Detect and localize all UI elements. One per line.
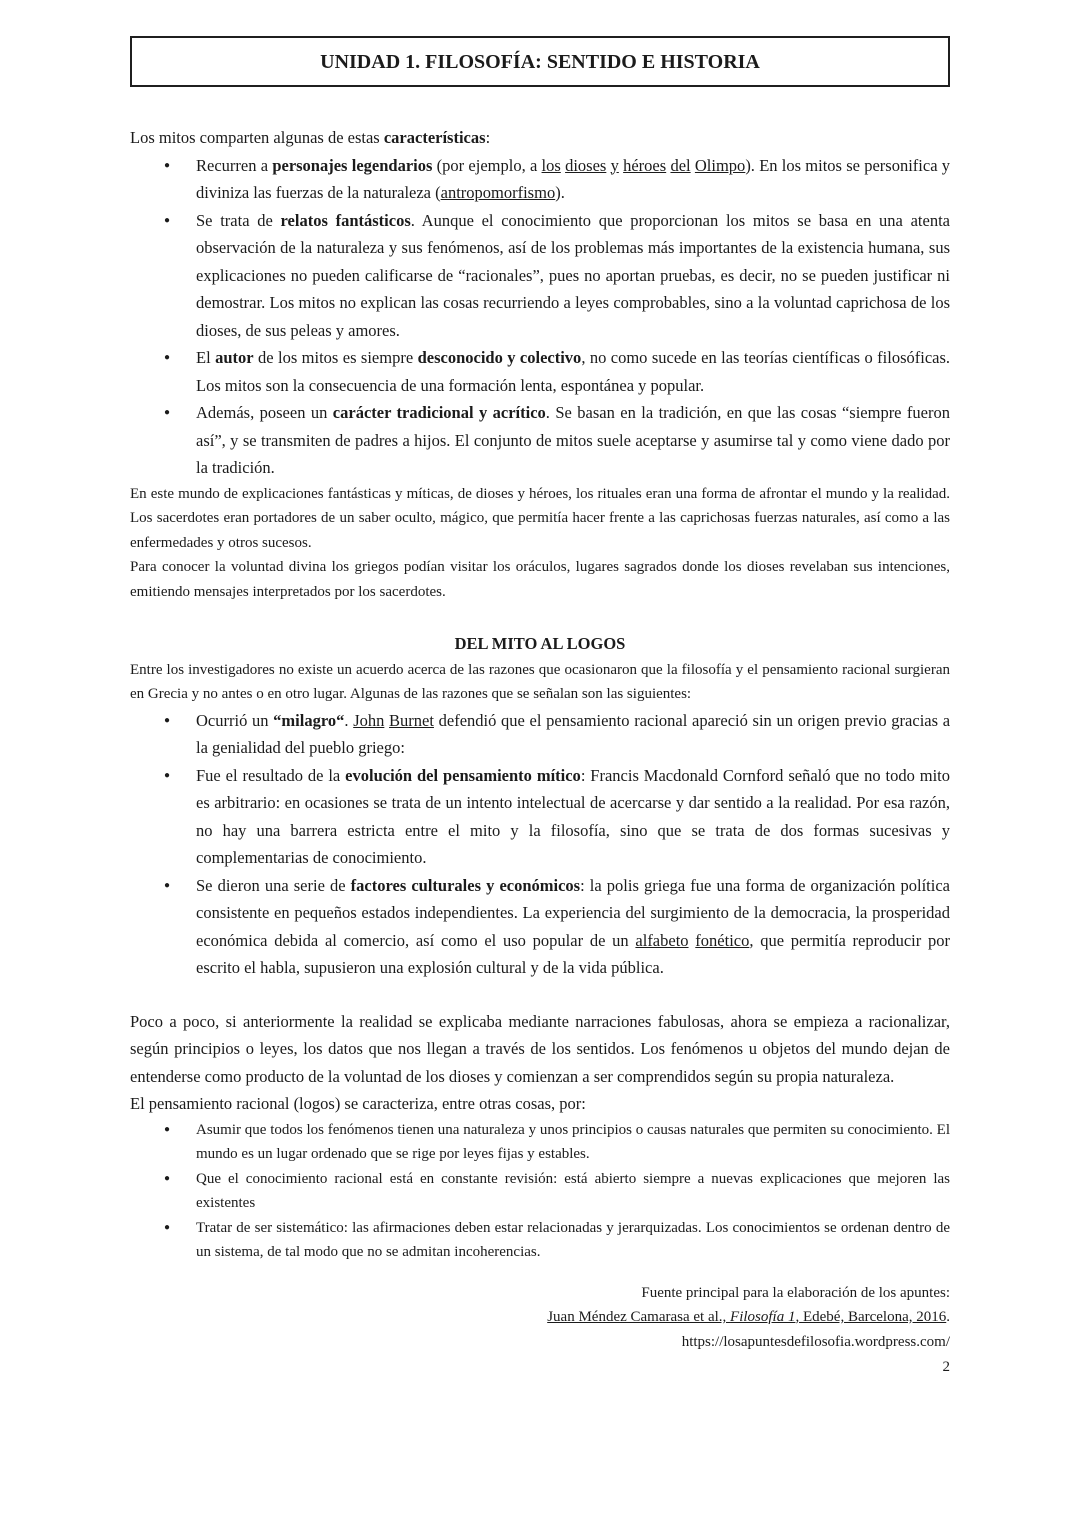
bullet-list: Recurren a personajes legendarios (por e… [130,152,950,482]
list-item: Fue el resultado de la evolución del pen… [130,762,950,872]
document-body: Los mitos comparten algunas de estas car… [130,124,950,1354]
list-item: Asumir que todos los fenómenos tienen un… [130,1118,950,1167]
bullet-list: Ocurrió un “milagro“. John Burnet defend… [130,707,950,982]
link[interactable]: , Edebé, Barcelona, 2016 [795,1309,946,1325]
link[interactable]: los [542,156,561,175]
footer-url: https://losapuntesdefilosofia.wordpress.… [130,1330,950,1355]
link[interactable]: del [670,156,690,175]
link[interactable]: Juan Méndez Camarasa et al., [547,1309,730,1325]
list-item: Ocurrió un “milagro“. John Burnet defend… [130,707,950,762]
title-box: UNIDAD 1. FILOSOFÍA: SENTIDO E HISTORIA [130,36,950,87]
document-page: UNIDAD 1. FILOSOFÍA: SENTIDO E HISTORIA … [0,0,1080,1527]
link[interactable]: Filosofía 1 [730,1309,795,1325]
bold-text: características [384,128,486,147]
footer: Fuente principal para la elaboración de … [130,1281,950,1355]
paragraph: Para conocer la voluntad divina los grie… [130,555,950,604]
list-item: Se dieron una serie de factores cultural… [130,872,950,982]
bold-text: desconocido y colectivo [418,348,582,367]
link[interactable]: John [353,711,384,730]
bold-text: personajes legendarios [272,156,432,175]
bold-text: relatos fantásticos [281,211,411,230]
paragraph: Poco a poco, si anteriormente la realida… [130,1008,950,1091]
bold-text: carácter tradicional y acrítico [333,403,546,422]
link[interactable]: alfabeto [635,931,688,950]
spacer [130,604,950,630]
bold-text: evolución del pensamiento mítico [345,766,581,785]
paragraph: Los mitos comparten algunas de estas car… [130,124,950,152]
list-item: Se trata de relatos fantásticos. Aunque … [130,207,950,345]
list-item: Tratar de ser sistemático: las afirmacio… [130,1216,950,1265]
list-item: Que el conocimiento racional está en con… [130,1167,950,1216]
bold-text: “milagro“ [273,711,344,730]
paragraph: Entre los investigadores no existe un ac… [130,658,950,707]
spacer [130,1265,950,1281]
bold-text: factores culturales y económicos [351,876,580,895]
bullet-list: Asumir que todos los fenómenos tienen un… [130,1118,950,1265]
list-item: Recurren a personajes legendarios (por e… [130,152,950,207]
link[interactable]: Olimpo [695,156,745,175]
link[interactable]: Burnet [389,711,434,730]
paragraph: El pensamiento racional (logos) se carac… [130,1090,950,1118]
link[interactable]: y [611,156,619,175]
link[interactable]: dioses [565,156,606,175]
list-item: El autor de los mitos es siempre descono… [130,344,950,399]
bold-text: autor [215,348,254,367]
section-heading: DEL MITO AL LOGOS [130,630,950,658]
list-item: Además, poseen un carácter tradicional y… [130,399,950,482]
footer-source-label: Fuente principal para la elaboración de … [130,1281,950,1306]
spacer [130,982,950,1008]
link[interactable]: antropomorfismo [441,183,556,202]
document-content: UNIDAD 1. FILOSOFÍA: SENTIDO E HISTORIA … [130,36,950,1380]
link[interactable]: fonético [695,931,749,950]
page-number: 2 [130,1355,950,1380]
link[interactable]: héroes [623,156,666,175]
footer-citation: Juan Méndez Camarasa et al., Filosofía 1… [130,1305,950,1330]
page-title: UNIDAD 1. FILOSOFÍA: SENTIDO E HISTORIA [320,51,760,73]
paragraph: En este mundo de explicaciones fantástic… [130,482,950,556]
